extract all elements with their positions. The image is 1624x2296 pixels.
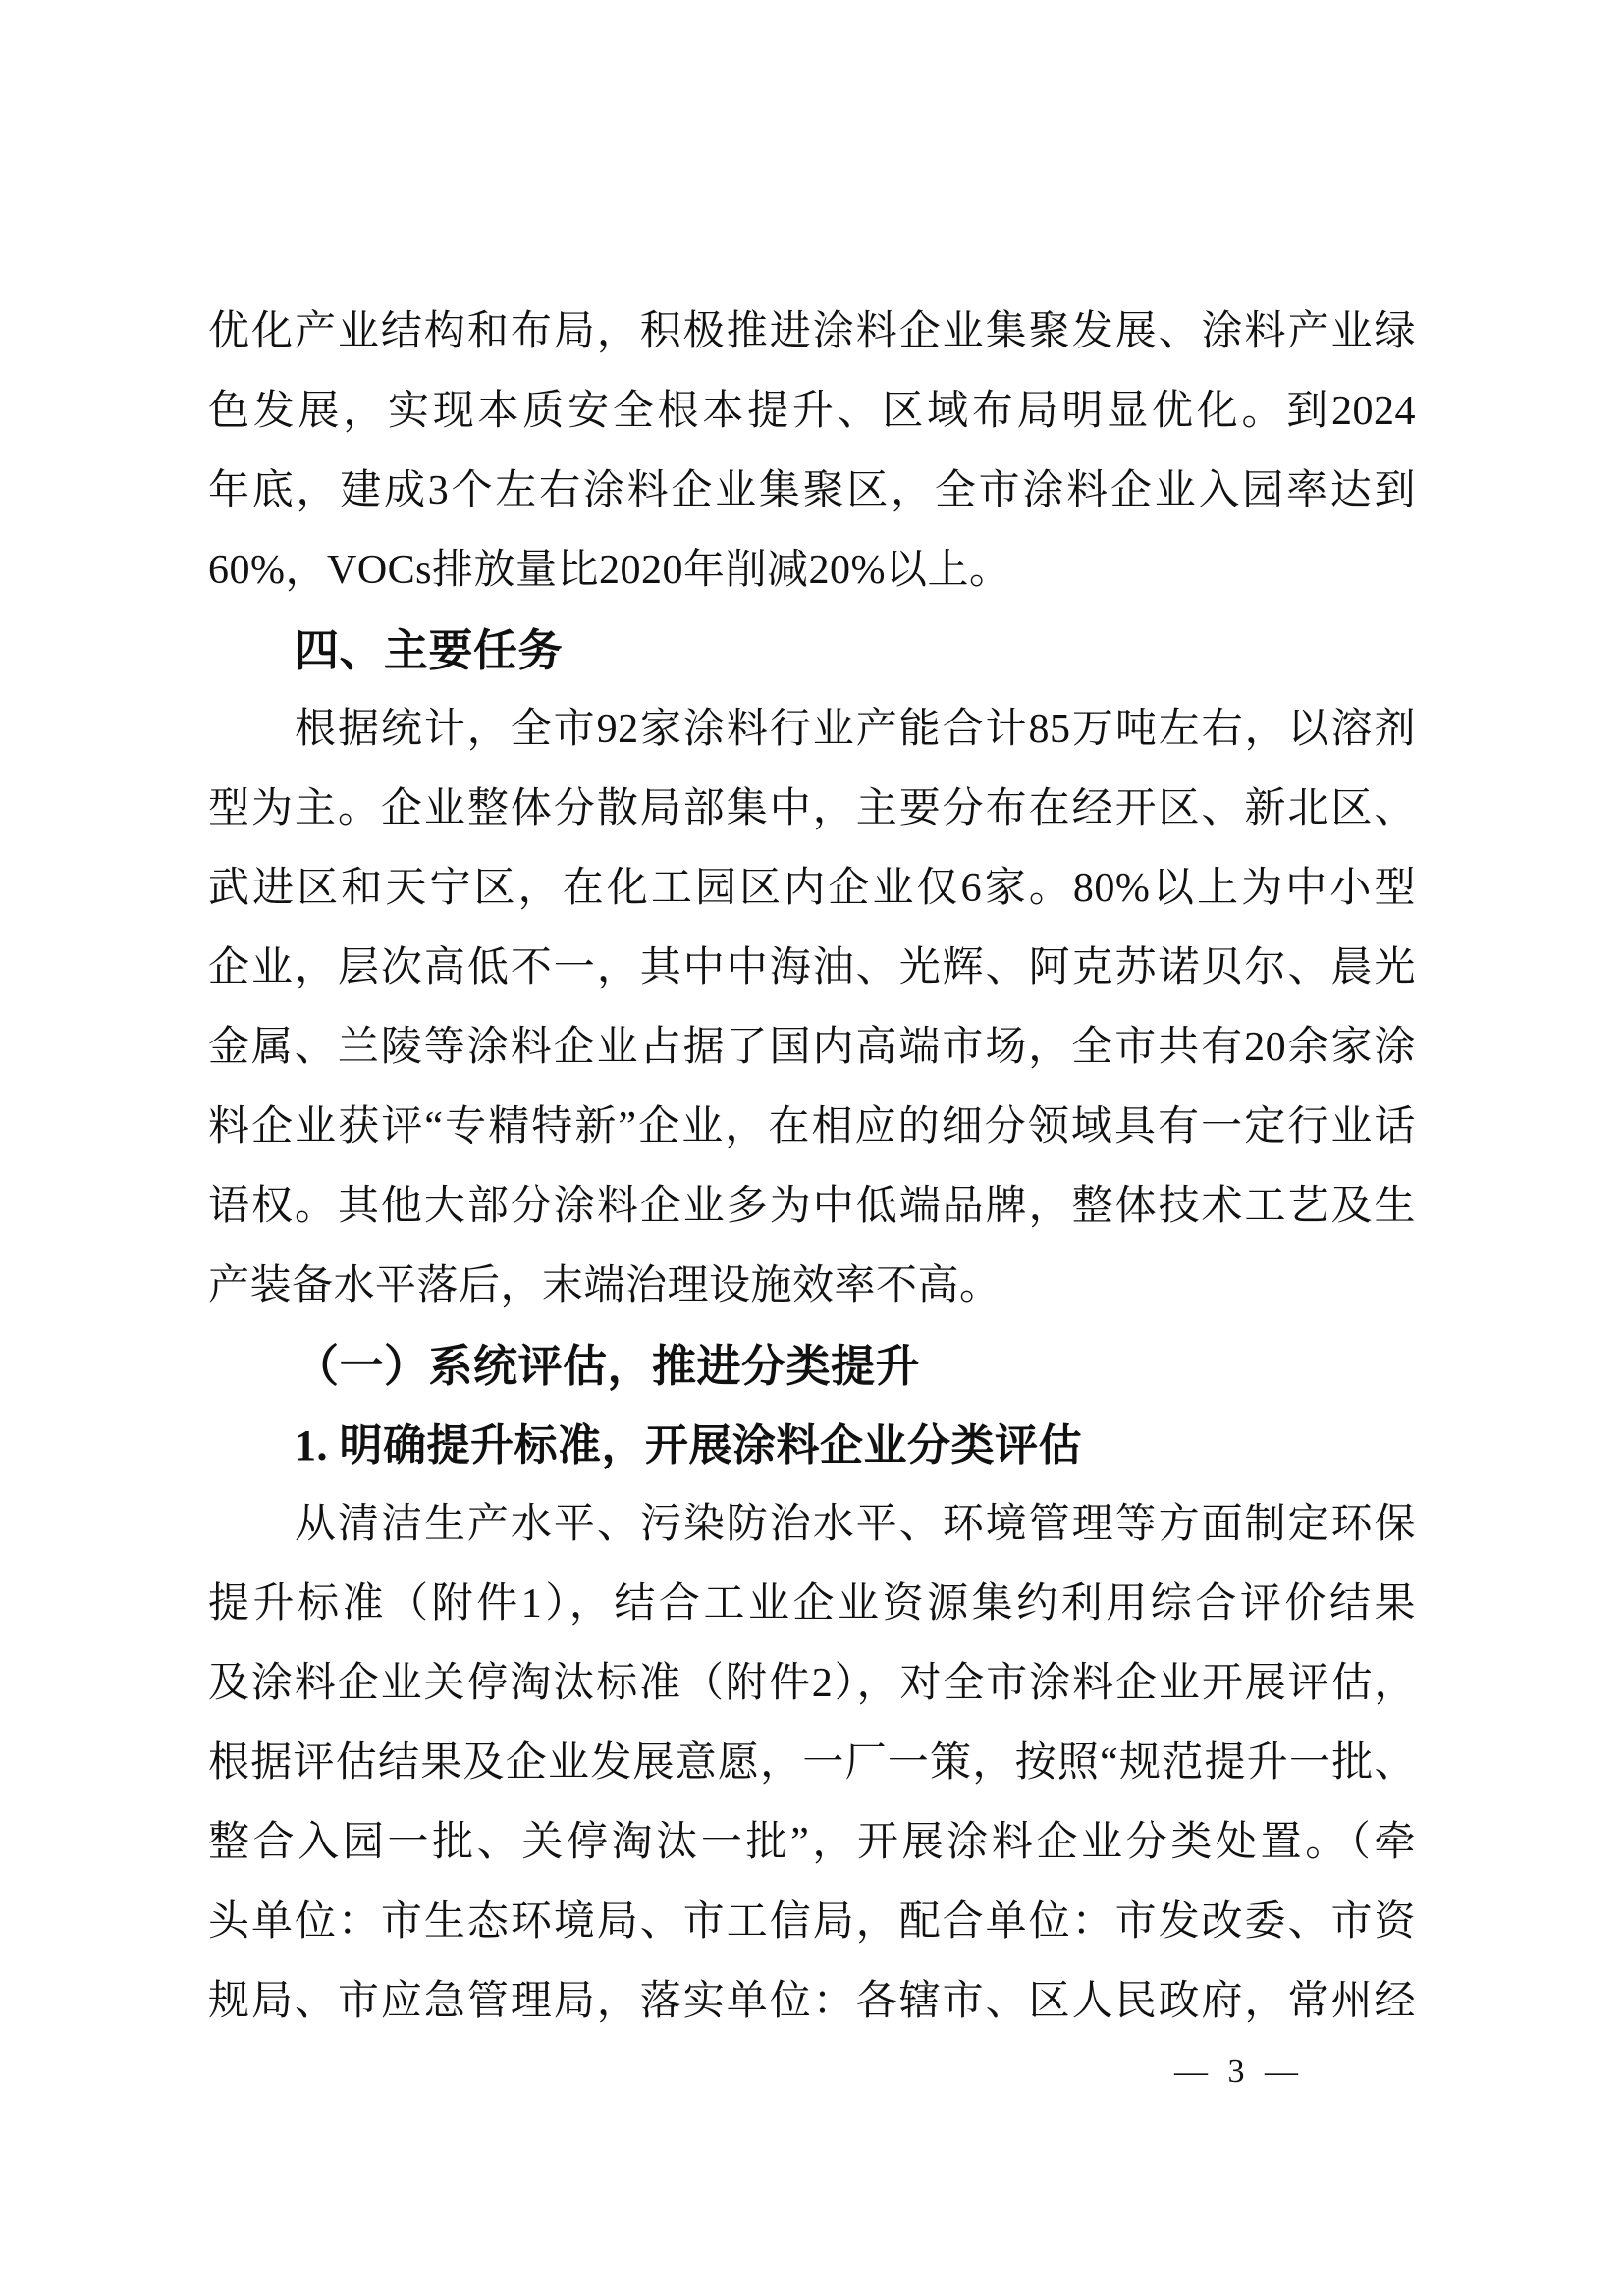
text-line: 语权。其他大部分涂料企业多为中低端品牌，整体技术工艺及生: [208, 1167, 1416, 1247]
text-line: 企业，层次高低不一，其中中海油、光辉、阿克苏诺贝尔、晨光: [208, 929, 1416, 1008]
text-line: 金属、兰陵等涂料企业占据了国内高端市场，全市共有20余家涂: [208, 1008, 1416, 1088]
text-line: 根据统计，全市92家涂料行业产能合计85万吨左右，以溶剂: [208, 690, 1416, 770]
text-line: 头单位：市生态环境局、市工信局，配合单位：市发改委、市资: [208, 1883, 1416, 1962]
text-line: 从清洁生产水平、污染防治水平、环境管理等方面制定环保: [208, 1485, 1416, 1565]
text-line: 规局、市应急管理局，落实单位：各辖市、区人民政府，常州经: [208, 1962, 1416, 2042]
document-page: 优化产业结构和布局，积极推进涂料企业集聚发展、涂料产业绿 色发展，实现本质安全根…: [0, 0, 1624, 2296]
text-line: 60%，VOCs排放量比2020年削减20%以上。: [208, 531, 1416, 611]
text-line: 年底，建成3个左右涂料企业集聚区，全市涂料企业入园率达到: [208, 452, 1416, 531]
task-heading: 1. 明确提升标准，开展涂料企业分类评估: [208, 1406, 1416, 1485]
text-line: 产装备水平落后，末端治理设施效率不高。: [208, 1247, 1416, 1326]
text-line: 色发展，实现本质安全根本提升、区域布局明显优化。到2024: [208, 372, 1416, 452]
text-line: 提升标准（附件1），结合工业企业资源集约利用综合评价结果: [208, 1565, 1416, 1644]
subsection-heading: （一）系统评估，推进分类提升: [208, 1326, 1416, 1406]
text-line: 优化产业结构和布局，积极推进涂料企业集聚发展、涂料产业绿: [208, 293, 1416, 372]
text-line: 武进区和天宁区，在化工园区内企业仅6家。80%以上为中小型: [208, 849, 1416, 929]
section-heading: 四、主要任务: [208, 611, 1416, 690]
text-line: 及涂料企业关停淘汰标准（附件2），对全市涂料企业开展评估，: [208, 1644, 1416, 1724]
page-number: — 3 —: [1139, 2048, 1335, 2097]
text-line: 根据评估结果及企业发展意愿，一厂一策，按照“规范提升一批、: [208, 1724, 1416, 1803]
text-line: 整合入园一批、关停淘汰一批”，开展涂料企业分类处置。（牵: [208, 1803, 1416, 1883]
text-line: 料企业获评“专精特新”企业，在相应的细分领域具有一定行业话: [208, 1088, 1416, 1167]
document-text-block: 优化产业结构和布局，积极推进涂料企业集聚发展、涂料产业绿 色发展，实现本质安全根…: [208, 293, 1416, 2042]
text-line: 型为主。企业整体分散局部集中，主要分布在经开区、新北区、: [208, 770, 1416, 849]
